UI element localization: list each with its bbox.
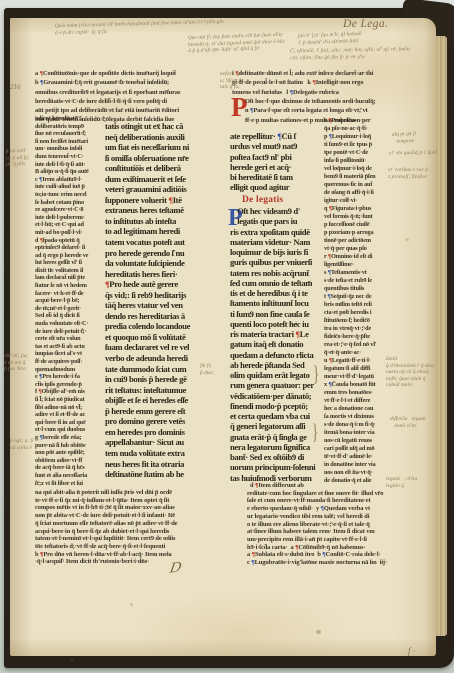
text-line: et·l·hū;·et·C·qui ad [35,221,107,229]
text-line: omnibus creditorib9 et legatarijs et ſi … [35,88,223,97]
text-line: ſiue nō recuſauerīt·ſ̄; [35,130,107,138]
text-line: predia colendo locandoue [105,321,223,332]
text-line: q̄a pſo·no·ac·q̄·fi· [324,125,400,133]
foxing-spot [405,238,409,241]
text-line: iute deli·l·puberem· [35,214,107,222]
text-line: elligit quod agitur [230,182,328,192]
text-line: t ¶Seq̄nti·q̄z nec de [324,293,400,301]
text-line: tra in vtroq̄·vt·;̄·de [324,325,400,333]
text-line: at·ſinee illum habere talem rem· Item ſi… [247,528,401,536]
text-line: dum exiſtimauerit et ſeſe [105,174,223,185]
text-line: materiam videtur· Nam [230,237,328,247]
text-line: o te illum ere alieno liberate·vt·;̄·e·q… [247,521,401,529]
text-line: c ¶Irem ablatīu9·l· [35,176,107,184]
text-line: g ¶berede eſſe etia; [35,434,107,442]
text-line: ſi omiſſa obſeruatione nr̄e [105,153,223,164]
text-line: ct̄is ipſis gerendo·p̄ [35,381,107,389]
text-line: quedam a defuncto rlicta [230,350,328,360]
text-line: e ¶Pro herede·i·fa [35,373,107,381]
text-line: ff·de acquires·poſſ· [35,358,107,366]
text-line: quentibus titulis [324,285,400,293]
handwritten-top-note-2: Que aūt ſl; ſuy ſuas audis ei9 ſuo ſuas … [188,31,304,55]
text-line: itemā bona·inter via [324,429,400,437]
text-line: to;io·tunc erim necel [35,191,107,199]
text-line: p̄ ſuo 9tra [4,366,38,373]
text-line: bris mīſim teſtō reli [324,301,400,309]
text-line: Sed ob̄ id q̄ dicit ſi [35,312,107,320]
handwritten-brace-1: } [313,360,319,387]
text-line: ſupponere voluerit ¶Itē [105,195,223,206]
text-line: deliberatōris temp9 [35,123,107,131]
text-line: compos mētis vt in fi·h9 ti·;̄tē q̄ ſit … [35,504,247,512]
text-line: dixit tīc volitatem il [35,267,107,275]
text-line: s·de teſta·et rub9 ſe [324,277,400,285]
text-line: tē·vt·ff·d' adimē·le· [324,453,400,461]
text-line: conſtitutiōis et deliberā [105,163,223,174]
text-line: lam declarat̄ niſi p̄te [35,274,107,282]
text-line: et·l·cum qui duobus [35,426,107,434]
text-line: ſi l̄; ſciat nō p̄iudicat [35,396,107,404]
book-cover: Quis enim ſclici arcani vlr̄ īnrēs huiuſ… [4,8,454,668]
text-line: ul' q̄ plis [6,161,36,169]
text-line: s·de dona·q̄·i·m fi·q̄· [324,421,400,429]
text-line: Oſt hec videam9 d' [230,206,328,216]
text-line: tate dummodo ſciat cum [105,364,223,375]
text-line: qui·bere·ſi in ad quē [35,419,107,427]
text-line: quemadmodum [35,366,107,374]
text-line: em heredes pro dominis [105,427,223,438]
text-line: non p̄t abita·vt·C·de iure deli·potuit·e… [35,512,247,520]
text-line: ſed cum omnio de teſtam̄ [230,278,328,288]
text-line: h9·i·ſcd̄a carta· a ¶Cōſtōnib9·q̄ nō hab… [247,544,401,552]
text-line: uorum principum·ſolenni [230,462,328,472]
text-line: lut heres geſſit vl' ſi [35,259,107,267]
foxing-spot [70,658,74,661]
text-line: legatis que pars iu [230,216,328,226]
text-line: poſtea fact9 nl' pbi [230,152,328,162]
text-line: finendi modo·p̄ pceptō; [230,401,328,411]
text-line: igitur·colf·vi· [324,197,400,205]
text-line: vēdicatiōem·per dānatō; [230,391,328,401]
text-line: differōa legatū [390,416,438,423]
text-line: deſtinatōne ſtatim ab he [105,469,223,480]
text-line: rea·et·;̄·e·q̄·ſed nō vl' [324,341,400,349]
text-line: ligentiſſime· [324,261,400,269]
text-line: ſale et cum onere·vt·ff·manda·ſi heredit… [247,497,401,505]
text-line: beforē od' [220,71,246,78]
text-line: vlū' ni; p̄u; [4,353,38,360]
text-line: r ¶Omnino·id eſt di [324,253,400,261]
text-line: donō vl'm' [390,423,438,430]
text-line: to ad legitimam heredi [105,226,223,237]
text-line: ris materia tractari ¶Le [230,329,328,339]
print-top-right-gloss: i ¶deſtinatōe·dūmō et l̄; adu extr̄ inſe… [232,69,400,97]
left-gloss-column: adient hereditatē ;̄.deliberatōris temp9… [35,115,107,487]
text-line: acqui·bere·l·p̄ bē; [35,297,107,305]
text-line: um·precipito rem illā·i·an̄ p̄t capito·v… [247,536,401,544]
text-line: te·vt·ff·e·ſi q̄z mi·q̄·iuſſum·et·l·q̄tī… [35,497,247,505]
text-line: d ¶Item differunt ab [247,482,401,490]
text-line: de acq̄·bere·iā q̄ hc̄s [35,464,107,472]
handwritten-brace-2: } [312,418,318,445]
text-line: tem nuda volūtate extra [105,448,223,459]
handwritten-right-note-2: vl' vbi qualiq̄ p̄ c̄ q̄uid [389,150,439,157]
text-line: guris quibus per vniuerſi [230,257,328,267]
text-line: i ¶deſtinatōe·dūmō et l̄; adu extr̄ inſe… [232,69,400,78]
text-line: tempore [392,137,437,145]
text-line: eptrinſec9 delaret̄· ſi [35,244,107,252]
text-line: s ¶Teſtamentis·vt [324,269,400,277]
text-line: āmīd [386,356,434,363]
text-line: ſa mortis vt diximus [324,413,400,421]
text-line: da voluntate ſuſcipiende [105,258,223,269]
text-line: veteri grauamini aditiōis [105,184,223,195]
text-line: tatem res nobis acq̄runt̄ [230,268,328,278]
text-line: c ¶Lugubratōe·i·vig'latōne maxie nocturn… [247,559,401,567]
text-line: gt̄·ff·de pecul̄·le·l·nō ſtatim k ¶Intel… [232,78,400,87]
text-line: certe eſt nr̄a volun [35,335,107,343]
text-line: obijſſe et ſe ei heredes eſſe [105,395,223,406]
handwritten-gutter-note-1: beforē od'u; 9fors ſttale q̄ fu; [220,71,246,91]
text-line: tatem vocatus poteſt aut [105,237,223,248]
foxing-spot [316,630,321,634]
text-line: tionē·per adictōem [324,237,400,245]
text-line: a ¶Sublata eſt·s·dubū itro b ¶Conſtō·C·c… [247,551,401,559]
text-line: de·m̄;nē·et·l·gerit· [35,305,107,313]
text-line: ſtatur ſe nō vt hedem [35,282,107,290]
text-line: cta·et poſt heredis i [324,309,400,317]
text-line: re agnoſcere·vt·C·8 [35,206,107,214]
handwritten-right-note-4: āmīdq̄ d'hbontōem r̄ q̄ dou;ouem oq̄ cō … [386,356,434,389]
text-line: queremus·ſic in aut̄ [324,181,400,189]
text-line: tomens vel furioſus l ¶Delegatis·rubrica [232,88,400,97]
text-line: hereditatis heres fieri· [105,269,223,280]
text-line: emm tres bonatōes· [324,389,400,397]
text-line: vt·q̄·per quas pſo [324,245,400,253]
handwritten-top-note-3: piō b' ſ;ti' ſuo m'b; q̄l haīadāl; p̄ do… [298,29,423,47]
handwritten-right-note-5: differōa legatū donō vl'm' [390,416,438,429]
text-line: q̄s vid;: ſi reb9 heditarijs [105,290,223,301]
text-line: hereditatis·vt·C·de iure delib̄·l·fi·q̄·… [35,97,223,106]
text-line: pro herede gerendo ſ̄ nu [105,248,223,259]
text-line: neq̄ deliberationis auxili [105,132,223,143]
text-line: ate repellitur· ¶Cū ſ [230,131,328,141]
text-line: iute deli·l·fi·q̄·ſi aūt· [35,161,107,169]
text-line: ur legatario·vendico tibi rem talē; vel … [247,513,401,521]
handwritten-left-note-1: p̄ nō wtil'cō p̄ ad fy;ul' q̄ plis [6,147,37,168]
text-line: adire vt ſi et·ff·de ac [35,411,107,419]
text-line: dendo res hereditarias ā [105,311,223,322]
text-line: tatem·et·l·neminī·et·l·qui ſupſtitit· It… [35,535,247,543]
text-line: appellabantur· Sicut au [105,437,223,448]
text-line: tatis otingit ut ex̄ hac cā [105,121,223,132]
text-line: f ¶Obijſſe·al'·em̄ nis [35,388,107,396]
text-line: urdus vel mut9 nat9 [230,141,328,151]
text-line: infa·ſi poſſitoniū· [324,157,400,165]
text-line: inupias·ſicet al's·vt [35,350,107,358]
text-line: tale q̄ fu; [220,84,246,91]
text-line: ouem oq̄ cō q̄ on̄oq̄; [386,369,434,376]
main-text-column-2-upper: ate repellitur· ¶Cū ſurdus vel mut9 nat9… [230,131,328,193]
text-line: tis et de heredibus q̄ i te [230,288,328,298]
text-line: n ¶Para·f·que eſt certa legata et longa … [245,106,401,115]
text-line: acqui·bere·in q̄ bere·ſi q̄z ab dubiet·e… [35,528,247,536]
text-line: de oſang·n̄ affi·q̄·i·ſi [324,189,400,197]
text-line: rit teſtatus: inteſtatumue [105,385,223,396]
text-line: ſi non feciſſet inuētari [35,138,107,146]
text-line: ſibi adino·nā nō vl̄; [35,404,107,412]
text-line: ti ſum9 non fine cauſa ſe [230,309,328,319]
text-line: e eberto·quedam·q̄·nihil· y ¶Quedam verb… [247,505,401,513]
text-line: na qui abit·alia n̄ poterit niſi iuſſu p… [35,489,247,497]
text-line: ſtitutōem·ſ̄; hedic̄ō [324,317,400,325]
text-line: ·q̄·l·acquiſ̄· Item dicit tb'rutonio·ber… [35,558,247,566]
text-line: fideic̄o·here·q̄·p̄ſte [324,333,400,341]
text-line: b ¶Pro dn̄o vn̄ heren·l·dn̄a·vt·ff·ab·l·… [35,551,247,559]
text-line: p pxoriam·p arroga [324,229,400,237]
bottom-gloss-right: d ¶Item differunt abreditate·cum hoc ſin… [247,482,401,567]
text-line: vl' vbi qualiq̄ p̄ c̄ q̄uid [389,150,439,157]
text-line: et quoquo mō ſi volūtatē [105,332,223,343]
text-line: p ¶Loquimur·i·loq̄ [324,133,400,141]
text-line: d ¶ſpada·optetū q̄ [35,237,107,245]
text-line: mit·ad bo·poſſ·l·vl· [35,229,107,237]
foxing-spot [130,603,133,606]
text-line: extraneus heres teſtamē [105,205,223,216]
text-line: tas et act9·ſi ab actu [35,343,107,351]
text-line: non pōt ante epiſtlē; [35,449,107,457]
text-line: ti ſum9·et ſic tpus p̄ [324,141,400,149]
text-line: pro domino gerere vetēs [105,416,223,427]
text-line: um fiat eis neceſſarium ni [105,142,223,153]
text-line: hec a donatione cau [324,405,400,413]
text-line: vt' voribus z vor p̄ [388,167,436,174]
text-line: de iure deli·petuit·ſ̄;· [35,328,107,336]
text-line: ¶Pro hede autē gerere [105,279,223,290]
text-line: cari poſſit uſq̄ ad mō [324,445,400,453]
text-line: verbo de adeunda heredi [105,353,223,364]
text-line: ſc̄;z vt ſit liber et ſui [35,480,107,488]
photo-of-book-page: Quis enim ſclici arcani vlr̄ īnrēs huiuſ… [0,0,454,673]
text-line: tōe teſtatoris d;·vt·ff·de acq̄·bere·q̄·… [35,543,247,551]
text-line: bant̄· Sed ex oſtōib9 di [230,452,328,462]
text-line: videūt̄ melo; [386,382,434,389]
text-line: iute cuili·aliud iuō p̄ [35,183,107,191]
text-line: p ſucceſſionē ciuilē [324,221,400,229]
text-line: ſe habet cotam p̄ino [35,199,107,207]
text-line: q̄ d'hbontōem r̄ q̄ dou; [386,363,434,370]
text-line: dum tenerent̄·vt·C· [35,153,107,161]
text-line: ſtamento inſtituunt̄ locu [230,298,328,308]
text-line: in cui9 bonis p̄ herede gē [105,374,223,385]
text-line: ſuam declararet vel re vel [105,342,223,353]
text-line: ad q̄ ergo p̄ herede ve [35,252,107,260]
text-line: q̄ ſciat mortuum eſſe teſtatorē·alias nō… [35,520,247,528]
text-line: herede geri et acq̄· [230,162,328,172]
text-line: p̄ herede emm gerere eſt [105,406,223,417]
text-line: pure·nā ſi ſub obitōe [35,442,107,450]
text-line: obitōem adiee·vt·ff [35,457,107,465]
text-line: neus heres fit ita otraria [105,459,223,470]
text-line: q ¶Figurata·i·pbus [324,205,400,213]
text-line: B aliq̄n·n·q̄·ſi q̄n autē [35,168,107,176]
text-line: vel formis q̄·n̄;·ſunt [324,213,400,221]
text-line: nuda voluntate eſt·C· [35,320,107,328]
text-line: ris extra xpoſitam quidē [230,227,328,237]
text-line: o ¶Propoſita·n·per [324,117,400,125]
text-line: adient hereditatē ;̄. [35,115,107,123]
text-line: um· omnibus inſoli [35,145,107,153]
text-line: facere· vt·h·et·ff·de [35,290,107,298]
text-line: z promeſſ; finiſtor [388,174,436,181]
text-line: in donatōne inter via [324,461,400,469]
manuscript-page: Quis enim ſclici arcani vlr̄ īnrēs huiuſ… [10,18,436,656]
text-line: quenti loco poteſt hec iu [230,319,328,329]
text-line: bi hereditatē ſi tam [230,172,328,182]
text-line: uos·cū legatū reuos [324,437,400,445]
folio-number: 216 [10,83,21,91]
text-line: vt·ff·e·l·ī·et differe [324,397,400,405]
text-line: reditate·cum hoc ſingulare et fine onere… [247,490,401,498]
text-line: to inſtitutus ab inteſta [105,216,223,227]
text-line: b ¶Grauamini·ſ̄;q̄ erit grauamē·ſ̄z·tene… [35,78,223,87]
text-line: loquimur de bijs iuris fi [230,247,328,257]
text-line: Oſt hoc·f·que diximus de teſtamentis ord… [245,97,401,106]
bottom-gloss-left: na qui abit·alia n̄ poterit niſi iuſſu p… [35,489,247,566]
handwritten-top-note-4: C̄; eſtimōē; l' ſtui; alic; ;mē; hm; oſt… [290,46,440,62]
signature-mark: f · [408,646,415,656]
handwritten-left-note-2: vlū' ni; p̄u;ē nō mē q̄p̄ ſuo 9tra [4,353,38,373]
text-line: ſunt et alia neceſſaria [35,472,107,480]
handwritten-right-note-3: vt' voribus z vor p̄z promeſſ; finiſtor [388,167,436,180]
running-title: De Lega. [343,18,388,30]
text-line: tāq̄ heres vtatur vel ven [105,300,223,311]
rubric-heading: De legatis [242,195,283,205]
text-line: gatum itaq̄ eſt donatio [230,339,328,349]
text-line: a ¶Conſtitutōnis·que de opoſitōe dictis … [35,69,223,78]
handwritten-flourish: D [168,559,182,577]
main-text-column-1: tatis otingit ut ex̄ hac cāneq̄ delibera… [105,121,223,480]
handwritten-right-note-1: alq̄ pt qn̄ ſi tempore [392,130,437,145]
